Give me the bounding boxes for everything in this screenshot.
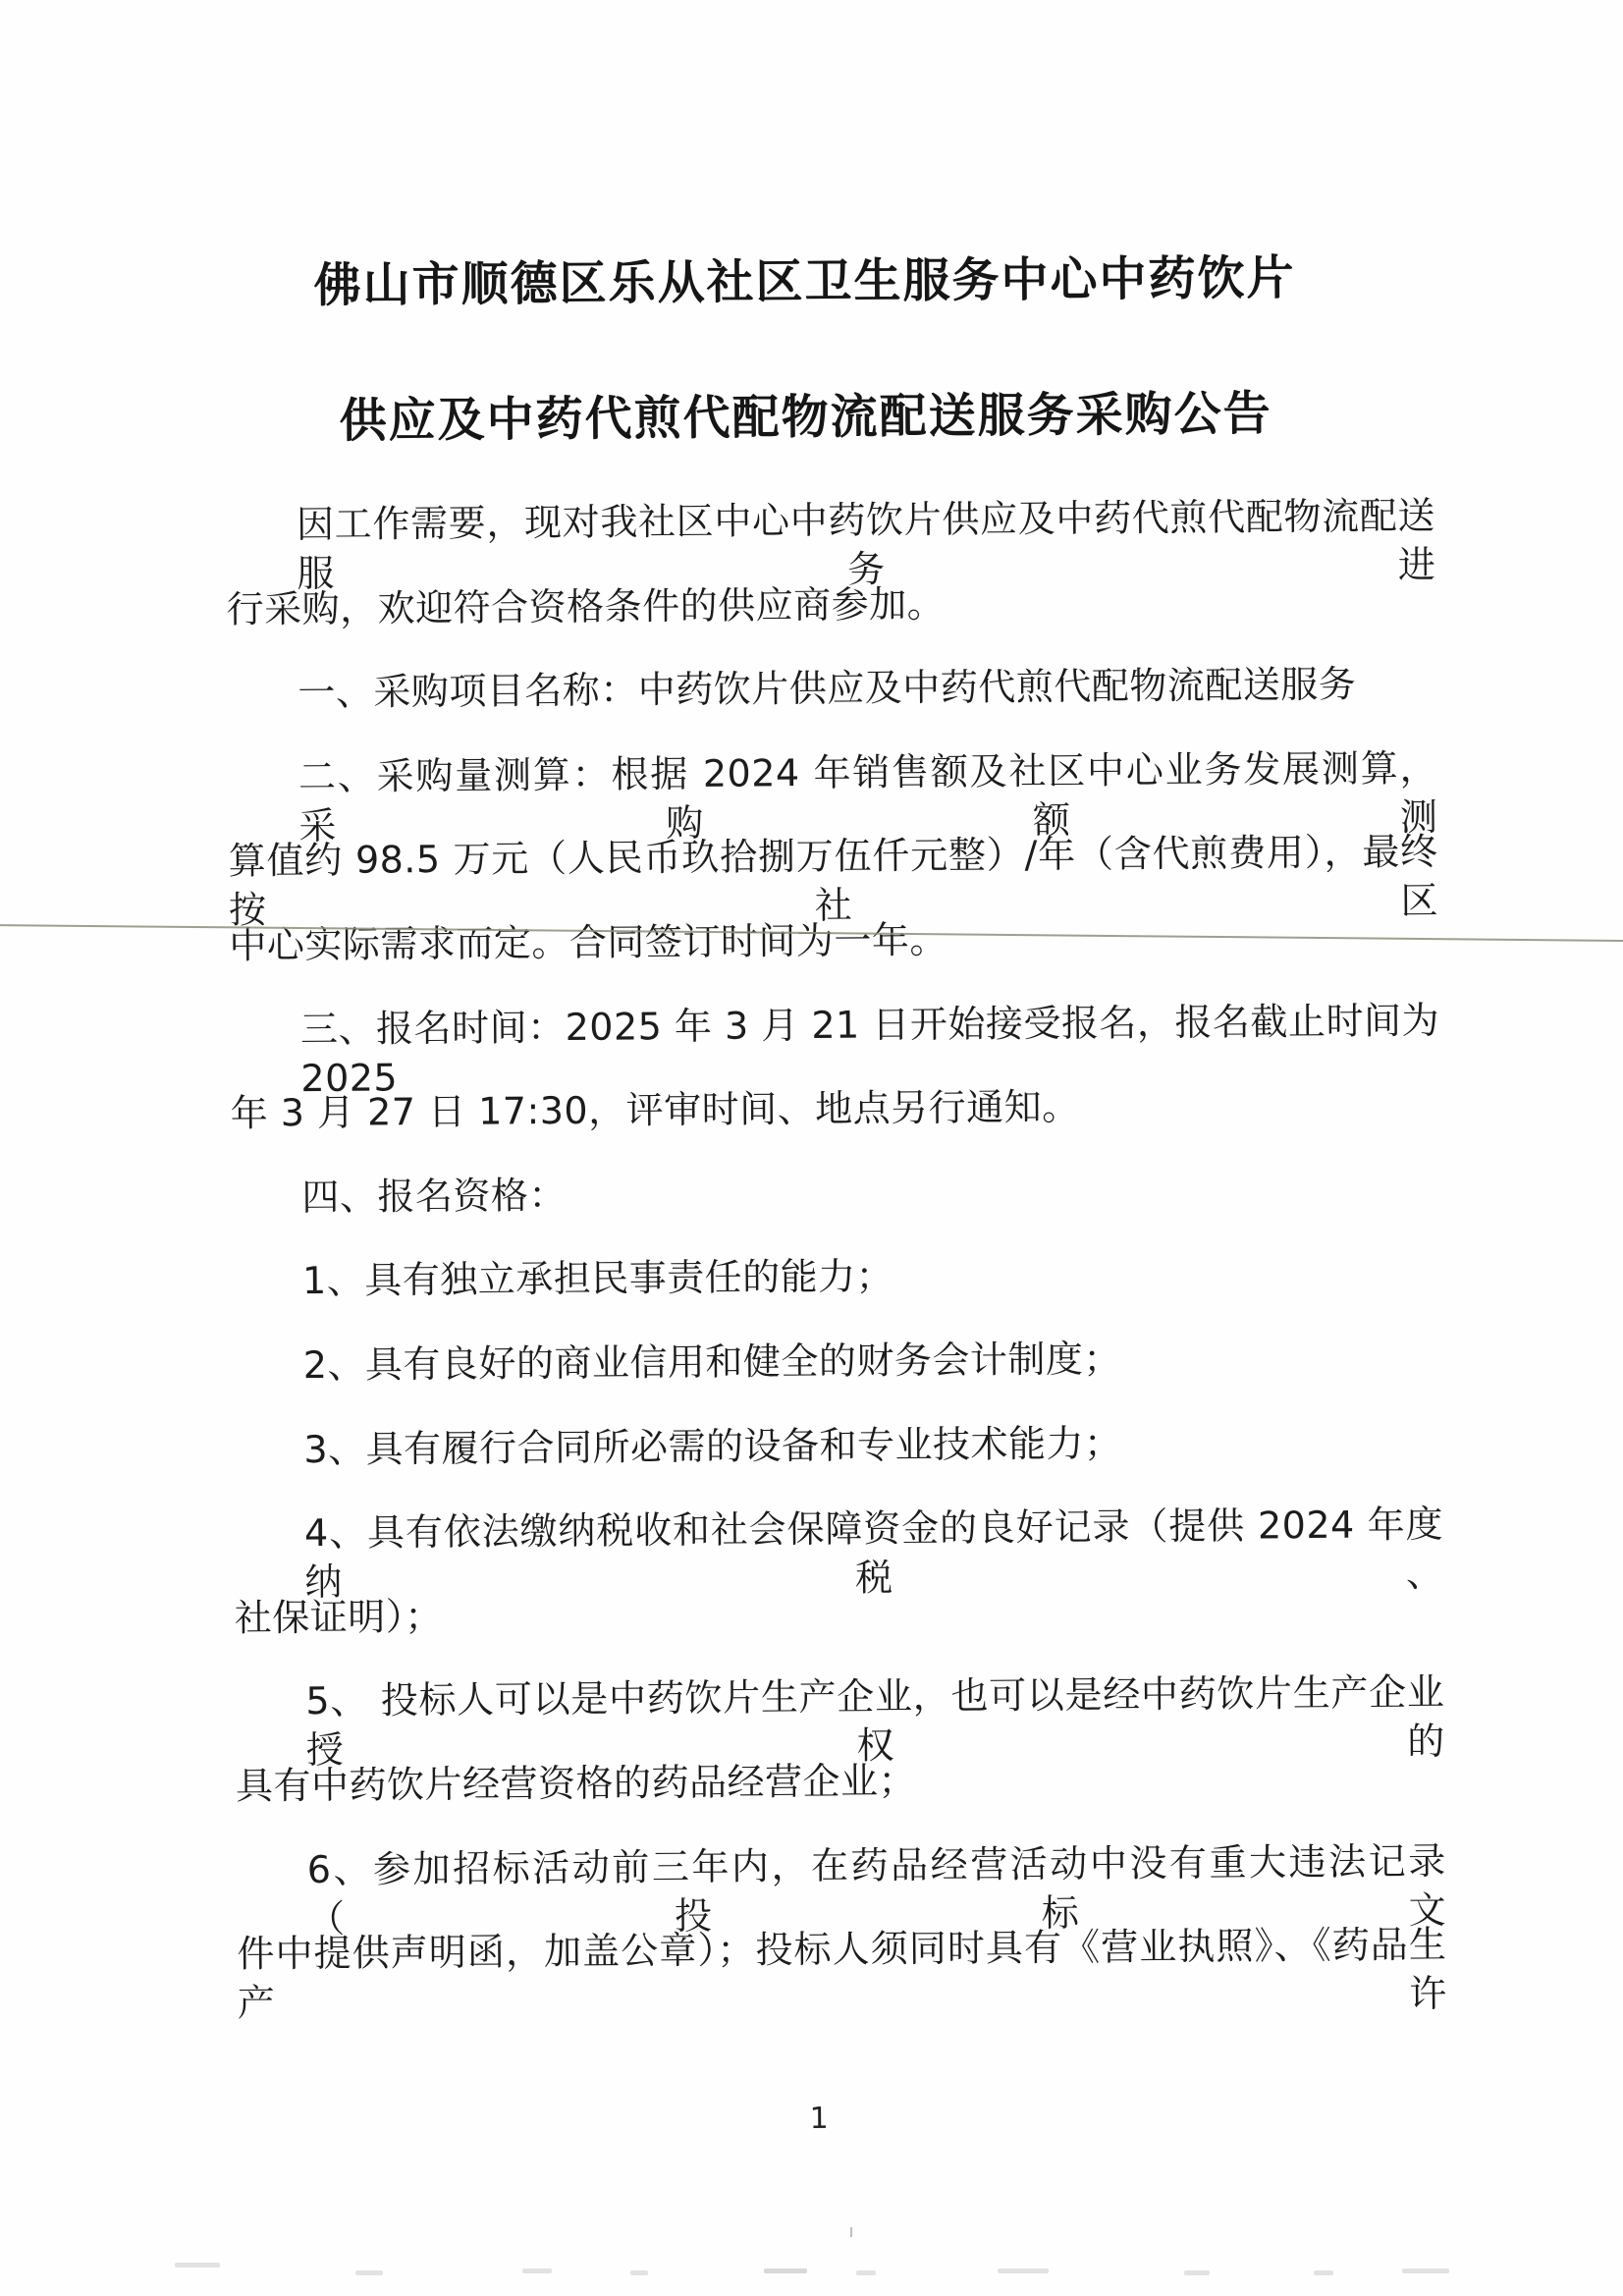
scan-noise	[175, 2263, 220, 2268]
scan-noise	[856, 2270, 876, 2275]
scan-noise	[764, 2269, 807, 2273]
body-line: 件中提供声明函，加盖公章）；投标人须同时具有《营业执照》、《药品生产许	[237, 1920, 1447, 2013]
body-line: 2、具有良好的商业信用和健全的财务会计制度；	[233, 1332, 1443, 1425]
document-body: 因工作需要，现对我社区中心中药饮片供应及中药代煎代配物流配送服务进 行采购，欢迎…	[226, 491, 1447, 2013]
body-line: 三、报名时间：2025 年 3 月 21 日开始接受报名，报名截止时间为 202…	[230, 996, 1440, 1089]
scan-noise	[522, 2269, 552, 2273]
scan-noise	[998, 2269, 1049, 2273]
scan-noise	[1184, 2270, 1210, 2275]
body-line: 4、具有依法缴纳税收和社会保障资金的良好记录（提供 2024 年度纳税、	[234, 1500, 1444, 1593]
page-number: 1	[8, 2095, 1623, 2142]
document-title-line2: 供应及中药代煎代配物流配送服务采购公告	[0, 373, 1617, 454]
body-line: 3、具有履行合同所必需的设备和专业技术能力；	[233, 1415, 1443, 1508]
scan-noise	[630, 2270, 648, 2275]
body-line: 因工作需要，现对我社区中心中药饮片供应及中药代煎代配物流配送服务进	[226, 491, 1436, 584]
document-title-line1: 佛山市顺德区乐从社区卫生服务中心中药饮片	[0, 238, 1616, 318]
body-line: 5、 投标人可以是中药饮片生产企业，也可以是经中药饮片生产企业授权的	[235, 1667, 1445, 1761]
body-line: 年 3 月 27 日 17:30，评审时间、地点另行通知。	[231, 1079, 1441, 1173]
document-sheet: 佛山市顺德区乐从社区卫生服务中心中药饮片 供应及中药代煎代配物流配送服务采购公告…	[0, 0, 1623, 2296]
scan-noise	[355, 2270, 383, 2275]
scan-noise	[1402, 2269, 1449, 2273]
scan-noise	[850, 2227, 852, 2237]
scanned-document-page: 佛山市顺德区乐从社区卫生服务中心中药饮片 供应及中药代煎代配物流配送服务采购公告…	[0, 0, 1623, 2296]
body-line: 算值约 98.5 万元（人民币玖拾捌万伍仟元整）/年（含代煎费用），最终按社区	[228, 827, 1438, 920]
body-line: 6、参加招标活动前三年内，在药品经营活动中没有重大违法记录（投标文	[237, 1835, 1447, 1929]
body-line: 一、采购项目名称：中药饮片供应及中药代煎代配物流配送服务	[227, 659, 1437, 752]
body-line: 四、报名资格：	[231, 1164, 1441, 1257]
body-line: 二、采购量测算：根据 2024 年销售额及社区中心业务发展测算，采购额测	[228, 743, 1438, 837]
body-line: 1、具有独立承担民事责任的能力；	[232, 1247, 1442, 1340]
scan-noise	[1314, 2270, 1333, 2275]
